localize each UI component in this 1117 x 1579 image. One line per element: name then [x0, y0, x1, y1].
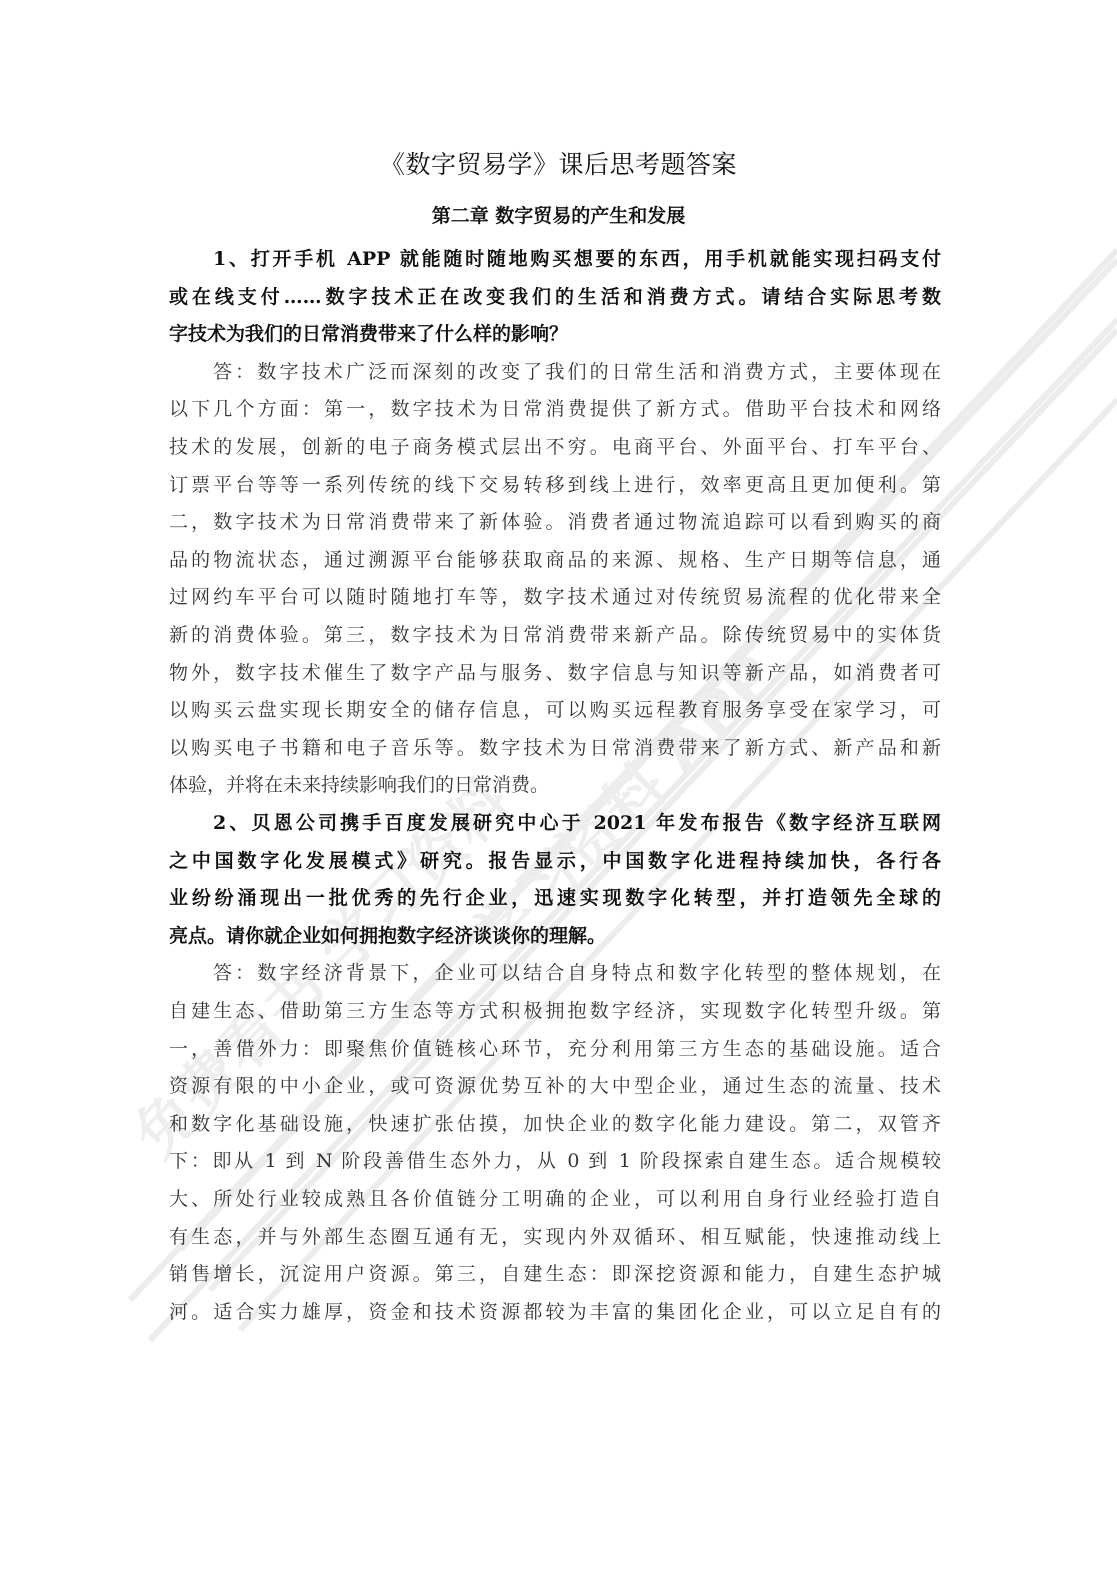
question-line: 亮点。请你就企业如何拥抱数字经济谈谈你的理解。 — [169, 921, 941, 951]
answer-line: 和数字化基础设施，快速扩张估摸，加快企业的数字化能力建设。第二，双管齐 — [169, 1109, 941, 1139]
question-line: 或在线支付……数字技术正在改变我们的生活和消费方式。请结合实际思考数 — [169, 282, 941, 312]
answer-line: 资源有限的中小企业，或可资源优势互补的大中型企业，通过生态的流量、技术 — [169, 1071, 941, 1101]
answer-line: 答：数字技术广泛而深刻的改变了我们的日常生活和消费方式，主要体现在 — [213, 357, 941, 387]
answer-line: 销售增长，沉淀用户资源。第三，自建生态：即深挖资源和能力，自建生态护城 — [169, 1259, 941, 1289]
answer-line: 体验，并将在未来持续影响我们的日常消费。 — [169, 770, 941, 800]
answer-line: 一，善借外力：即聚焦价值链核心环节，充分利用第三方生态的基础设施。适合 — [169, 1034, 941, 1064]
answer-line: 新的消费体验。第三，数字技术为日常消费带来新产品。除传统贸易中的实体货 — [169, 620, 941, 650]
answer-line: 物外，数字技术催生了数字产品与服务、数字信息与知识等新产品，如消费者可 — [169, 658, 941, 688]
answer-line: 以购买电子书籍和电子音乐等。数字技术为日常消费带来了新方式、新产品和新 — [169, 733, 941, 763]
document-page: 免费看书 学习资料 学习资料 APP 《数字贸易学》课后思考题答案 第二章 数字… — [0, 0, 1117, 1579]
answer-line: 二，数字技术为日常消费带来了新体验。消费者通过物流追踪可以看到购买的商 — [169, 507, 941, 537]
question-line: 之中国数字化发展模式》研究。报告显示，中国数字化进程持续加快，各行各 — [169, 846, 941, 876]
question-line: 字技术为我们的日常消费带来了什么样的影响？ — [169, 319, 941, 349]
answer-line: 有生态，并与外部生态圈互通有无，实现内外双循环、相互赋能，快速推动线上 — [169, 1222, 941, 1252]
answer-line: 河。适合实力雄厚，资金和技术资源都较为丰富的集团化企业，可以立足自有的 — [169, 1297, 941, 1327]
answer-line: 以下几个方面：第一，数字技术为日常消费提供了新方式。借助平台技术和网络 — [169, 394, 941, 424]
answer-line: 技术的发展，创新的电子商务模式层出不穷。电商平台、外面平台、打车平台、 — [169, 432, 941, 462]
answer-line: 品的物流状态，通过溯源平台能够获取商品的来源、规格、生产日期等信息，通 — [169, 545, 941, 575]
answer-line: 以购买云盘实现长期安全的储存信息，可以购买远程教育服务享受在家学习，可 — [169, 695, 941, 725]
answer-line: 答：数字经济背景下，企业可以结合自身特点和数字化转型的整体规划，在 — [213, 958, 941, 988]
answer-line: 下：即从 1 到 N 阶段善借生态外力，从 0 到 1 阶段探索自建生态。适合规… — [169, 1146, 941, 1176]
document-title: 《数字贸易学》课后思考题答案 — [0, 145, 1117, 181]
answer-line: 自建生态、借助第三方生态等方式积极拥抱数字经济，实现数字化转型升级。第 — [169, 996, 941, 1026]
answer-line: 订票平台等等一系列传统的线下交易转移到线上进行，效率更高且更加便利。第 — [169, 470, 941, 500]
answer-line: 大、所处行业较成熟且各价值链分工明确的企业，可以利用自身行业经验打造自 — [169, 1184, 941, 1214]
chapter-heading: 第二章 数字贸易的产生和发展 — [0, 201, 1117, 228]
answer-line: 过网约车平台可以随时随地打车等，数字技术通过对传统贸易流程的优化带来全 — [169, 582, 941, 612]
question-line: 业纷纷涌现出一批优秀的先行企业，迅速实现数字化转型，并打造领先全球的 — [169, 883, 941, 913]
question-line: 2、贝恩公司携手百度发展研究中心于 2021 年发布报告《数字经济互联网 — [213, 808, 941, 838]
question-line: 1、打开手机 APP 就能随时随地购买想要的东西，用手机就能实现扫码支付 — [213, 244, 941, 274]
